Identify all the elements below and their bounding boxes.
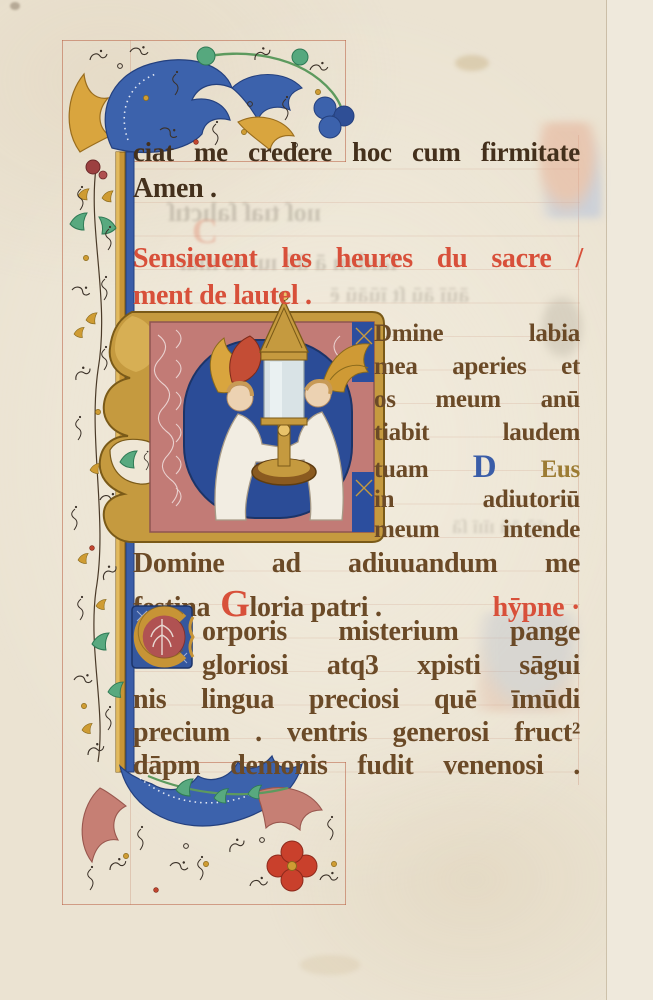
decorated-initial-c [131,605,197,669]
manuscript-page: ııoſ tıaſ ſalıctıſ ſaıdoıı ā āū ıuı ııı … [0,0,607,1000]
text-line-b6: precium . ventris generosi fruct² [133,717,580,749]
text-line-b5: nis lingua preciosi quē īmūdi [133,684,580,716]
historiated-initial-d [100,292,384,543]
text-line-r3: os meum anū [374,386,580,414]
rubric-line-2: ment de lautel . [133,280,312,312]
text-line-r4: tiabit laudem [374,419,580,447]
text-line-r7: meum intende [374,516,580,544]
versal-initial-deus: D [473,449,497,486]
text-line-r1: Dmine labia [374,320,580,348]
text-line-intro-2: Amen . [133,173,217,205]
red-flower [267,841,317,891]
blue-flower [314,97,354,138]
text-line-b1: Domine ad adiuuandum me [133,548,580,580]
rubric-line-1: Sensieuent les heures du sacre / [133,243,583,275]
text-line-b3: orporis misterium pange [202,616,580,648]
text-line-r6: in adiutoriū [374,486,580,514]
text-line-r5: tuam D Eus [374,449,580,486]
text-line-r2: mea aperies et [374,353,580,381]
text-line-intro-1: ciat me credere hoc cum firmitate [133,137,580,168]
text-line-b4: gloriosi atq3 xpisti sāgui [202,650,580,682]
word-tuam: tuam [374,456,428,484]
top-border-acanthus [69,42,354,152]
photograph-backdrop: ııoſ tıaſ ſalıctıſ ſaıdoıı ā āū ıuı ııı … [0,0,653,1000]
text-line-b7: dāpm demonis fudit venenosi . [133,750,580,782]
word-eus-gold: Eus [541,456,580,484]
